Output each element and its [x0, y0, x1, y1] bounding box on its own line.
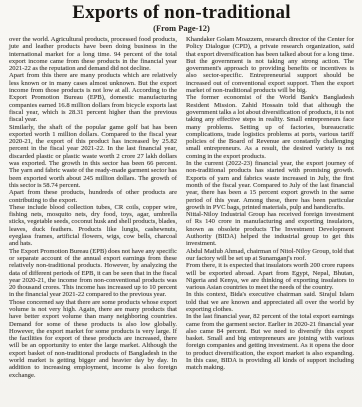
paragraph: Nittal-Niloy Industrial Group has receiv… [186, 211, 354, 247]
paragraph: Khandaker Golam Moazzem, research direct… [186, 36, 354, 94]
newspaper-clipping: Exports of non-traditional (From Page-12… [0, 0, 362, 407]
paragraph: The Export Promotion Bureau (EPB) does n… [9, 248, 177, 299]
paragraph: over the world. Agricultural products, p… [9, 36, 177, 72]
paragraph: In the last financial year, 82 percent o… [186, 313, 354, 371]
article-headline: Exports of non-traditional [9, 2, 354, 23]
article-continuation-note: (From Page-12) [9, 23, 354, 33]
paragraph: In this context, Bida's executive chairm… [186, 291, 354, 313]
paragraph: Those concerned say that there are some … [9, 299, 177, 379]
article-column-right: Khandaker Golam Moazzem, research direct… [186, 36, 354, 379]
paragraph: From there, it is expected that insulato… [186, 262, 354, 291]
paragraph: Apart from these products, hundreds of o… [9, 189, 177, 204]
article-column-left: over the world. Agricultural products, p… [9, 36, 177, 379]
paragraph: In the current (2022-23) financial year,… [186, 160, 354, 211]
paragraph: The former economist of the World Bank's… [186, 94, 354, 160]
paragraph: Abdul Matlub Ahmad, chairman of Nitol-Ni… [186, 248, 354, 263]
paragraph: These include blood collection tubes, CR… [9, 204, 177, 248]
article-body: over the world. Agricultural products, p… [9, 36, 354, 379]
paragraph: Apart from this there are many products … [9, 72, 177, 123]
paragraph: Similarly, the shaft of the popular game… [9, 124, 177, 190]
